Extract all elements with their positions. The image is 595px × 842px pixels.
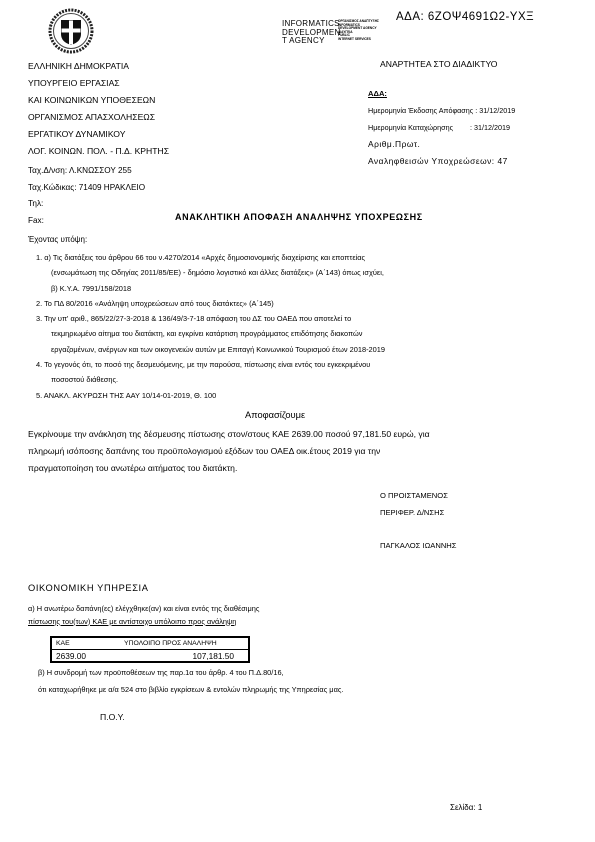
issue-date-value: : 31/12/2019	[475, 106, 515, 115]
register-date-row: Ημερομηνία Καταχώρησης : 31/12/2019	[368, 119, 515, 136]
issuer-line: ΟΡΓΑΝΙΣΜΟΣ ΑΠΑΣΧΟΛΗΣΕΩΣ	[28, 109, 169, 126]
finance-heading: ΟΙΚΟΝΟΜΙΚΗ ΥΠΗΡΕΣΙΑ	[28, 583, 149, 593]
ida-logo-text: INFORMATICS DEVELOPMEN T AGENCY	[282, 20, 341, 46]
decision-line: Εγκρίνουμε την ανάκληση της δέσμευσης πί…	[28, 426, 430, 443]
decision-heading: Αποφασίζουμε	[245, 410, 305, 420]
issuer-block: ΕΛΛΗΝΙΚΗ ΔΗΜΟΚΡΑΤΙΑ ΥΠΟΥΡΓΕΙΟ ΕΡΓΑΣΙΑΣ Κ…	[28, 58, 169, 160]
decision-body: Εγκρίνουμε την ανάκληση της δέσμευσης πί…	[28, 426, 430, 476]
finance-clause-a: α) Η ανωτέρω δαπάνη(ες) ελέγχθηκε(αν) κα…	[28, 603, 259, 628]
phone: Τηλ:	[28, 196, 145, 213]
list-item: τεκμηριωμένο αίτημα του διατάκτη, και εγ…	[36, 326, 385, 341]
register-date-value: : 31/12/2019	[470, 123, 510, 132]
list-item: ποσοστού διάθεσης.	[36, 372, 385, 387]
issuer-line: ΛΟΓ. ΚΟΙΝΩΝ. ΠΟΛ. - Π.Δ. ΚΡΗΤΗΣ	[28, 143, 169, 160]
ida-logo-small-text: ΟΡΓΑΝΙΣΜΟΣ ΑΝΑΠΤΥΞΗΣ INFORMATICS DEVELOP…	[338, 20, 379, 42]
address-block: Ταχ.Δ/νση: Λ.ΚΝΩΣΣΟΥ 255 Ταχ.Κώδικας: 71…	[28, 163, 145, 229]
list-item: 2. Το ΠΔ 80/2016 «Ανάληψη υποχρεώσεων απ…	[36, 296, 385, 311]
page-number: Σελίδα: 1	[450, 803, 482, 812]
finance-b-line: ότι καταχωρήθηκε με α/α 524 στο βιβλίο ε…	[38, 681, 343, 698]
poy-label: Π.Ο.Υ.	[100, 712, 125, 722]
issuer-line: ΚΑΙ ΚΟΙΝΩΝΙΚΩΝ ΥΠΟΘΕΣΕΩΝ	[28, 92, 169, 109]
signature-block: Ο ΠΡΟΙΣΤΑΜΕΝΟΣ ΠΕΡΙΦΕΡ. Δ/ΝΣΗΣ ΠΑΓΚΑΛΟΣ …	[380, 488, 456, 554]
protocol-label: Αριθμ.Πρωτ.	[368, 136, 515, 153]
ada-label: ΑΔΑ:	[368, 85, 515, 102]
issuer-line: ΕΛΛΗΝΙΚΗ ΔΗΜΟΚΡΑΤΙΑ	[28, 58, 169, 75]
considering-list: 1. α) Τις διατάξεις του άρθρου 66 του ν.…	[36, 250, 385, 403]
postal-code: Ταχ.Κώδικας: 71409 ΗΡΑΚΛΕΙΟ	[28, 180, 145, 197]
finance-a-line: α) Η ανωτέρω δαπάνη(ες) ελέγχθηκε(αν) κα…	[28, 603, 259, 616]
greek-emblem-logo	[48, 8, 94, 54]
list-item: 3. Την υπ' αριθ., 865/22/27-3-2018 & 136…	[36, 311, 385, 326]
table-header-row: ΚΑΕ ΥΠΟΛΟΙΠΟ ΠΡΟΣ ΑΝΑΛΗΨΗ	[51, 637, 249, 650]
register-date-label: Ημερομηνία Καταχώρησης	[368, 119, 468, 136]
issue-date-row: Ημερομηνία Έκδοσης Απόφασης : 31/12/2019	[368, 102, 515, 119]
header-kae: ΚΑΕ	[51, 637, 120, 650]
cell-kae: 2639.00	[51, 650, 120, 663]
finance-a-line: πίστωσης του(των) ΚΑΕ με αντίστοιχο υπόλ…	[28, 616, 259, 629]
table-row: 2639.00 107,181.50	[51, 650, 249, 663]
signatory-role: Ο ΠΡΟΙΣΤΑΜΕΝΟΣ	[380, 488, 456, 505]
list-item: 4. Το γεγονός ότι, το ποσό της δεσμευόμε…	[36, 357, 385, 372]
ida-small-line: INTERNET SERVICES	[338, 38, 379, 42]
fax: Fax:	[28, 213, 145, 230]
street-address: Ταχ.Δ/νση: Λ.ΚΝΩΣΣΟΥ 255	[28, 163, 145, 180]
signature-space	[380, 521, 456, 538]
commitments-label: Αναληφθεισών Υποχρεώσεων:	[368, 156, 495, 166]
list-item: 5. ΑΝΑΚΛ. ΑΚΥΡΩΣΗ ΤΗΣ ΑΑΥ 10/14-01-2019,…	[36, 388, 385, 403]
decision-line: πληρωμή ισόποσης δαπάνης του προϋπολογισ…	[28, 443, 430, 460]
ida-logo-line: T AGENCY	[282, 37, 341, 46]
signatory-dept: ΠΕΡΙΦΕΡ. Δ/ΝΣΗΣ	[380, 505, 456, 522]
signatory-name: ΠΑΓΚΑΛΟΣ ΙΩΑΝΝΗΣ	[380, 538, 456, 555]
finance-b-line: β) Η συνδρομή των προϋποθέσεων της παρ.1…	[38, 664, 343, 681]
commitments-value: 47	[497, 156, 507, 166]
cell-balance: 107,181.50	[120, 650, 249, 663]
decision-line: πραγματοποίηση του ανωτέρω αιτήματος του…	[28, 460, 430, 477]
list-item: 1. α) Τις διατάξεις του άρθρου 66 του ν.…	[36, 250, 385, 265]
commitments-row: Αναληφθεισών Υποχρεώσεων: 47	[368, 153, 515, 170]
list-item: β) Κ.Υ.Α. 7991/158/2018	[36, 281, 385, 296]
meta-block: ΑΔΑ: Ημερομηνία Έκδοσης Απόφασης : 31/12…	[368, 85, 515, 170]
issuer-line: ΥΠΟΥΡΓΕΙΟ ΕΡΓΑΣΙΑΣ	[28, 75, 169, 92]
issue-date-label: Ημερομηνία Έκδοσης Απόφασης	[368, 106, 473, 115]
considering-heading: Έχοντας υπόψη:	[28, 235, 87, 244]
finance-clause-b: β) Η συνδρομή των προϋποθέσεων της παρ.1…	[38, 664, 343, 698]
document-title: ΑΝΑΚΛΗΤΙΚΗ ΑΠΟΦΑΣΗ ΑΝΑΛΗΨΗΣ ΥΠΟΧΡΕΩΣΗΣ	[175, 212, 423, 222]
list-item: (ενσωμάτωση της Οδηγίας 2011/85/ΕΕ) - δη…	[36, 265, 385, 280]
kae-balance-table: ΚΑΕ ΥΠΟΛΟΙΠΟ ΠΡΟΣ ΑΝΑΛΗΨΗ 2639.00 107,18…	[50, 636, 250, 663]
publish-note: ΑΝΑΡΤΗΤΕΑ ΣΤΟ ΔΙΑΔΙΚΤΥΟ	[380, 59, 497, 69]
header-balance: ΥΠΟΛΟΙΠΟ ΠΡΟΣ ΑΝΑΛΗΨΗ	[120, 637, 249, 650]
ada-code: ΑΔΑ: 6ΖΟΨ4691Ω2-ΥΧΞ	[396, 11, 534, 23]
issuer-line: ΕΡΓΑΤΙΚΟΥ ΔΥΝΑΜΙΚΟΥ	[28, 126, 169, 143]
emblem-icon	[48, 8, 94, 54]
list-item: εργαζομένων, ανέργων και των οικογενειών…	[36, 342, 385, 357]
